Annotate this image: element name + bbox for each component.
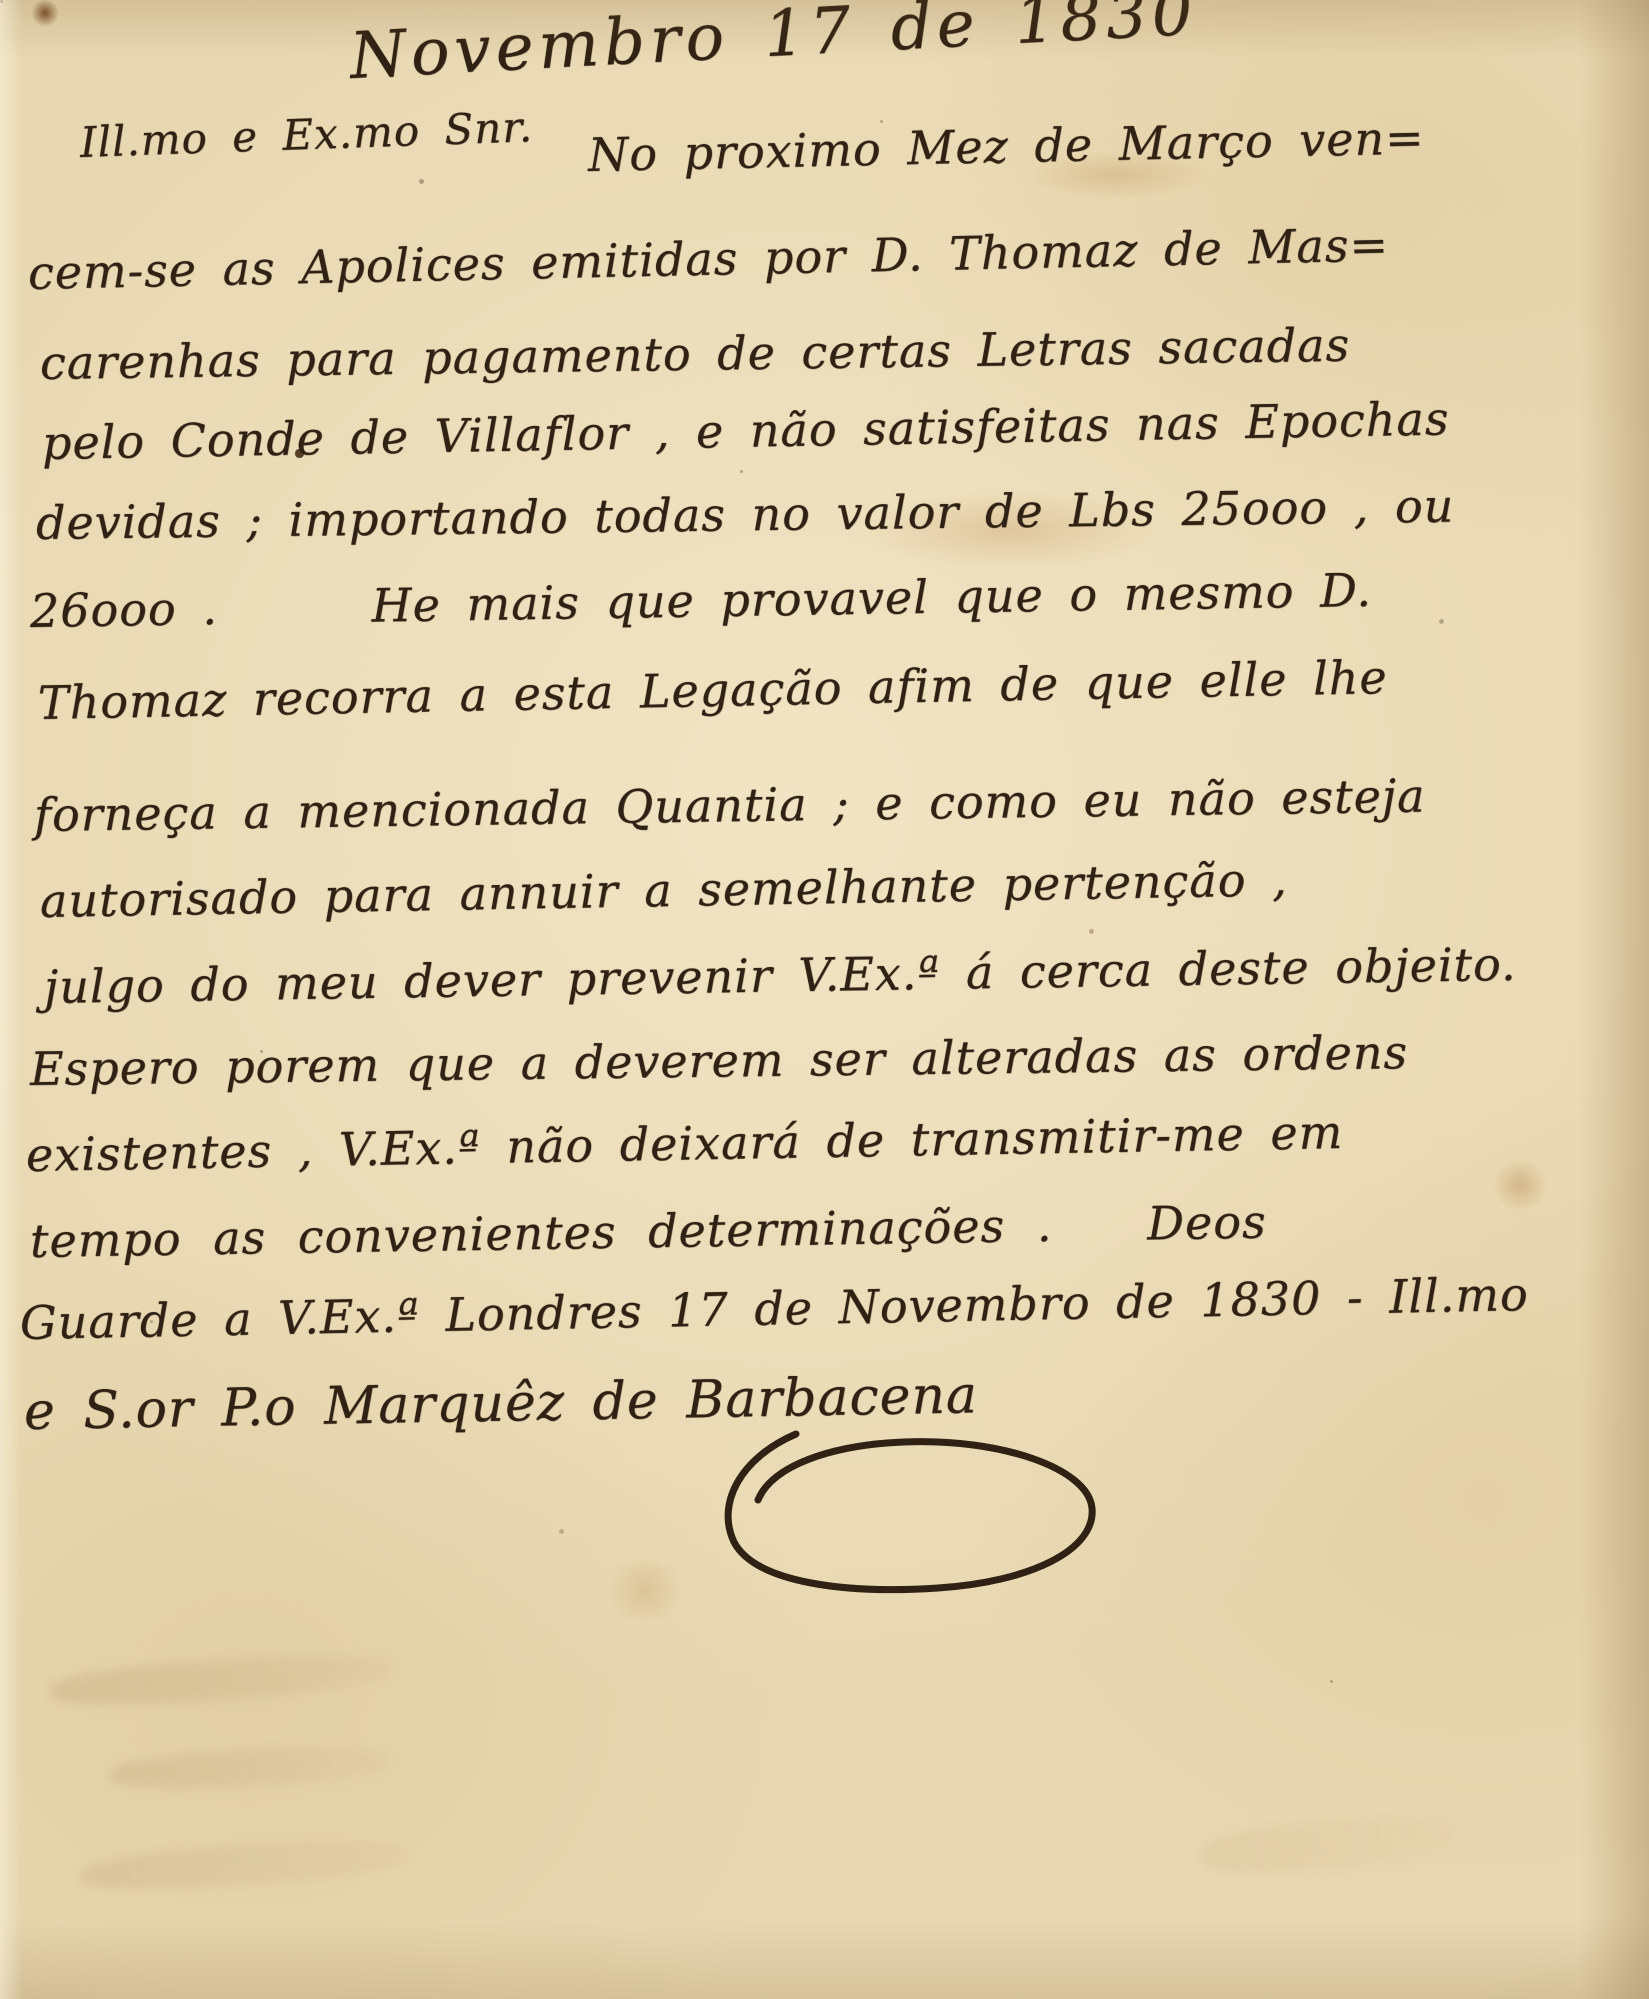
letter-line: 26ooo . He mais que provavel que o mesmo… (30, 565, 1373, 637)
letter-line: cem-se as Apolices emitidas por D. Thoma… (27, 219, 1389, 298)
ink-show-through (79, 1834, 411, 1897)
letter-line: tempo as convenientes determinações . De… (30, 1197, 1267, 1267)
letter-line: existentes , V.Ex.ª não deixará de trans… (26, 1107, 1344, 1181)
paper-stain (600, 1560, 690, 1620)
letter-line: forneça a mencionada Quantia ; e como eu… (34, 771, 1426, 841)
signature-flourish (700, 1412, 1110, 1602)
letter-line: Espero porem que a deverem ser alteradas… (30, 1027, 1409, 1094)
letter-line: devidas ; importando todas no valor de L… (36, 481, 1455, 549)
letter-date-heading: Novembro 17 de 1830 (348, 0, 1199, 92)
ink-show-through (1198, 1809, 1461, 1881)
ink-speckles (0, 0, 3, 3)
letter-line: No proximo Mez de Março ven= (587, 112, 1425, 180)
manuscript-page: Novembro 17 de 1830 Ill.mo e Ex.mo Snr. … (0, 0, 1649, 1999)
letter-line: pelo Conde de Villaflor , e não satisfei… (42, 393, 1450, 468)
letter-line: Guarde a V.Ex.ª Londres 17 de Novembro d… (20, 1269, 1530, 1349)
letter-salutation: Ill.mo e Ex.mo Snr. (79, 104, 534, 166)
letter-line: carenhas para pagamento de certas Letras… (40, 320, 1351, 389)
ink-show-through (49, 1648, 391, 1712)
paper-stain (30, 0, 60, 26)
letter-line: julgo do meu dever prevenir V.Ex.ª á cer… (44, 939, 1517, 1013)
paper-stain (1490, 1160, 1550, 1210)
letter-line: Thomaz recorra a esta Legação afim de qu… (38, 652, 1389, 728)
ink-show-through (109, 1743, 391, 1794)
letter-line: autorisado para annuir a semelhante pert… (40, 854, 1289, 926)
